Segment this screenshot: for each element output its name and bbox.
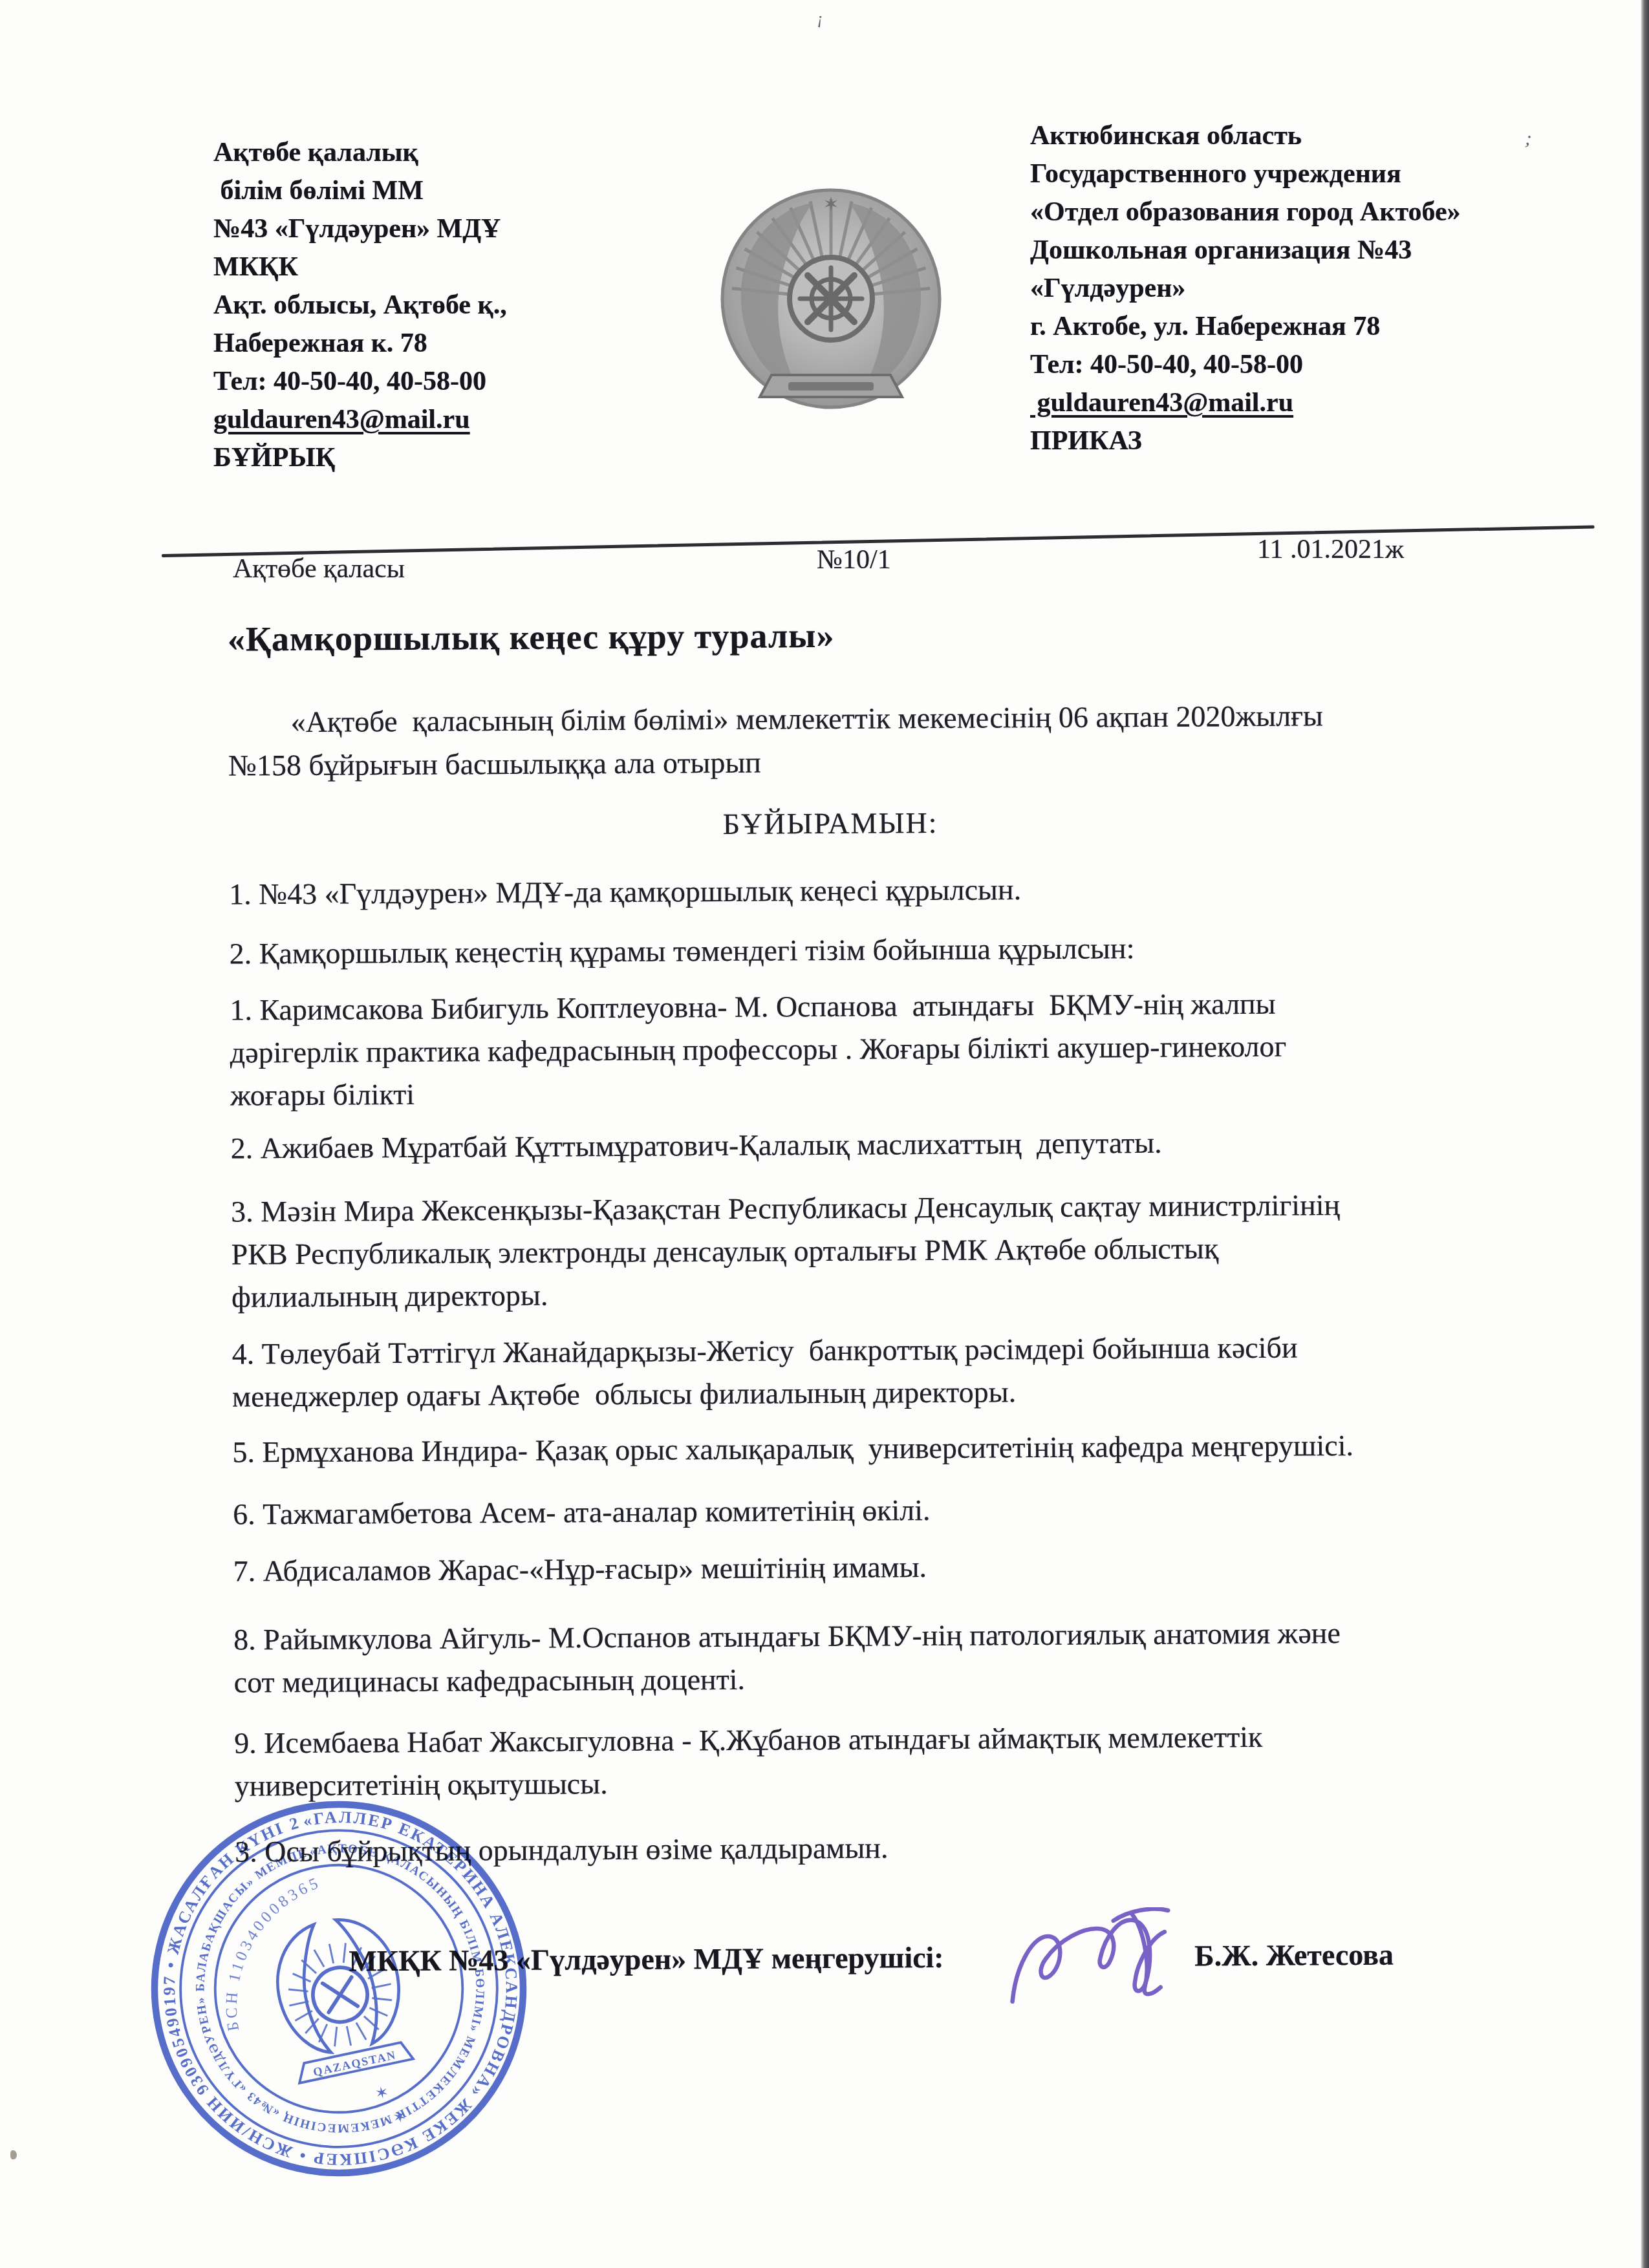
order-item: 1. №43 «Гүлдәурен» МДҰ-да қамқоршылық ке… — [229, 868, 1021, 915]
text-line: 6. Тажмагамбетова Асем- ата-аналар комит… — [233, 1489, 931, 1536]
text-line: 5. Ермұханова Индира- Қазақ орыс халықар… — [232, 1424, 1353, 1474]
document-title: «Қамқоршылық кеңес құру туралы» — [228, 615, 835, 659]
text-line: 2. Қамқоршылық кеңестің құрамы төмендегі… — [230, 927, 1135, 976]
intro-line: «Ақтөбе қаласының білім бөлімі» мемлекет… — [290, 698, 1323, 739]
handwritten-signature — [999, 1907, 1187, 2024]
text-line: РКВ Республикалық электронды денсаулық о… — [231, 1226, 1340, 1276]
scanned-order-document: Ақтөбе қалалық білім бөлімі ММ №43 «Гүлд… — [0, 0, 1649, 2268]
official-round-stamp: «ГАЛЛЕР ЕКАТЕРИНА АЛЕКСАНДРОВНА» ЖЕКЕ КӘ… — [104, 1754, 574, 2223]
text-line: 2. Ажибаев Мұратбай Құттымұратович-Қалал… — [230, 1122, 1161, 1170]
text-line: филиалының директоры. — [232, 1269, 1341, 1318]
resolve-word: БҰЙЫРАМЫН: — [722, 806, 938, 841]
text-line: 8. Райымкулова Айгуль- М.Оспанов атындағ… — [233, 1612, 1341, 1661]
text-line: 1. Каримсакова Бибигуль Коптлеуовна- М. … — [230, 983, 1286, 1032]
intro-line: №158 бұйрығын басшылыққа ала отырып — [228, 745, 761, 783]
text-line: дәрігерлік практика кафедрасының професс… — [230, 1025, 1287, 1075]
stamp-center-emblem: QAZAQSTAN ✶ ✶ — [266, 1910, 428, 2145]
text-line: сот медицинасы кафедрасының доценті. — [233, 1654, 1341, 1704]
council-member-item: 8. Райымкулова Айгуль- М.Оспанов атындағ… — [233, 1612, 1341, 1704]
text-line: 3. Мәзін Мира Жексенқызы-Қазақстан Респу… — [231, 1184, 1340, 1233]
scanner-edge-shadow — [1641, 0, 1649, 2268]
text-line: 1. №43 «Гүлдәурен» МДҰ-да қамқоршылық ке… — [229, 868, 1021, 915]
text-line: 9. Исембаева Набат Жаксыгуловна - Қ.Жұба… — [234, 1716, 1263, 1765]
stamp-star-icon: ✶ — [374, 2084, 391, 2104]
text-line: 7. Абдисаламов Жарас-«Нұр-ғасыр» мешітін… — [233, 1546, 927, 1593]
text-line: жоғары білікті — [230, 1068, 1287, 1117]
stamp-outer-ring-text: «ГАЛЛЕР ЕКАТЕРИНА АЛЕКСАНДРОВНА» ЖЕКЕ КӘ… — [104, 1754, 555, 2208]
scan-speck — [10, 2150, 17, 2159]
council-member-item: 7. Абдисаламов Жарас-«Нұр-ғасыр» мешітін… — [233, 1546, 927, 1593]
council-member-item: 3. Мәзін Мира Жексенқызы-Қазақстан Респу… — [231, 1184, 1341, 1318]
council-member-item: 5. Ермұханова Индира- Қазақ орыс халықар… — [232, 1424, 1353, 1474]
council-member-item: 1. Каримсакова Бибигуль Коптлеуовна- М. … — [230, 983, 1287, 1117]
order-item: 2. Қамқоршылық кеңестің құрамы төмендегі… — [230, 927, 1135, 976]
text-line: 4. Төлеубай Тәттігүл Жанайдарқызы-Жетісу… — [232, 1327, 1297, 1376]
signatory-name: Б.Ж. Жетесова — [1194, 1938, 1394, 1973]
council-member-item: 4. Төлеубай Тәттігүл Жанайдарқызы-Жетісу… — [232, 1327, 1298, 1418]
council-member-item: 2. Ажибаев Мұратбай Құттымұратович-Қалал… — [230, 1122, 1161, 1170]
council-member-item: 6. Тажмагамбетова Асем- ата-аналар комит… — [233, 1489, 931, 1536]
text-line: менеджерлер одағы Ақтөбе облысы филиалын… — [232, 1369, 1298, 1418]
